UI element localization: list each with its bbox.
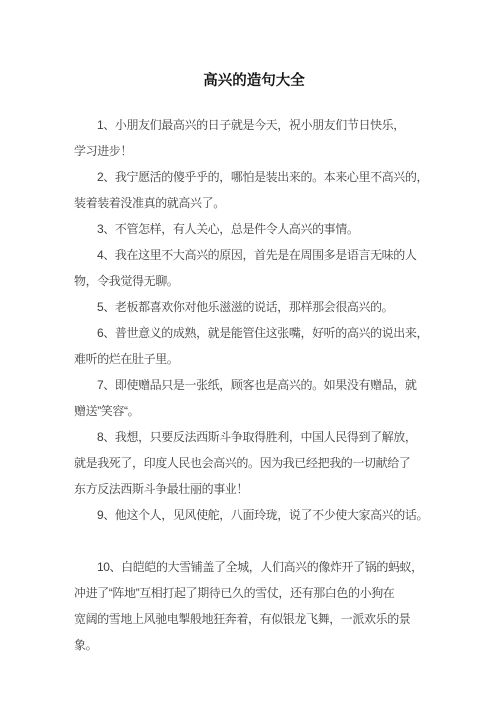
paragraph: 6、普世意义的成熟，就是能管住这张嘴，好听的高兴的说出来，难听的烂在肚子里。 bbox=[74, 320, 434, 372]
paragraph-line: 物，令我觉得无聊。 bbox=[74, 268, 434, 294]
paragraph-line: 装着装着没准真的就高兴了。 bbox=[74, 190, 434, 216]
paragraph-line: 6、普世意义的成熟，就是能管住这张嘴，好听的高兴的说出来， bbox=[74, 320, 434, 346]
document-page: 高兴的造句大全 1、小朋友们最高兴的日子就是今天，祝小朋友们节日快乐，学习进步！… bbox=[0, 0, 500, 707]
document-body: 1、小朋友们最高兴的日子就是今天，祝小朋友们节日快乐，学习进步！2、我宁愿活的傻… bbox=[74, 112, 434, 658]
paragraph-line: 宽阔的雪地上风驰电掣般地狂奔着，有似银龙飞舞，一派欢乐的景 bbox=[74, 606, 434, 632]
paragraph: 2、我宁愿活的傻乎乎的，哪怕是装出来的。本来心里不高兴的，装着装着没准真的就高兴… bbox=[74, 164, 434, 216]
document-content: 高兴的造句大全 1、小朋友们最高兴的日子就是今天，祝小朋友们节日快乐，学习进步！… bbox=[74, 68, 434, 658]
paragraph-line: 4、我在这里不大高兴的原因，首先是在周围多是语言无味的人 bbox=[74, 242, 434, 268]
paragraph: 9、他这个人，见风使舵，八面玲珑，说了不少使大家高兴的话。 bbox=[74, 502, 434, 528]
paragraph: 4、我在这里不大高兴的原因，首先是在周围多是语言无味的人物，令我觉得无聊。 bbox=[74, 242, 434, 294]
paragraph-line: 3、不管怎样，有人关心，总是件令人高兴的事情。 bbox=[74, 216, 434, 242]
paragraph: 5、老板都喜欢你对他乐滋滋的说话，那样那会很高兴的。 bbox=[74, 294, 434, 320]
paragraph-line: 难听的烂在肚子里。 bbox=[74, 346, 434, 372]
paragraph: 7、即使赠品只是一张纸，顾客也是高兴的。如果没有赠品，就赠送”笑容“。 bbox=[74, 372, 434, 424]
paragraph-line: 9、他这个人，见风使舵，八面玲珑，说了不少使大家高兴的话。 bbox=[74, 502, 434, 528]
paragraph-line: 7、即使赠品只是一张纸，顾客也是高兴的。如果没有赠品，就 bbox=[74, 372, 434, 398]
paragraph-line: 10、白皑皑的大雪铺盖了全城，人们高兴的像炸开了锅的蚂蚁， bbox=[74, 554, 434, 580]
paragraph: 1、小朋友们最高兴的日子就是今天，祝小朋友们节日快乐，学习进步！ bbox=[74, 112, 434, 164]
paragraph-line: 东方反法西斯斗争最壮丽的事业！ bbox=[74, 476, 434, 502]
page-title: 高兴的造句大全 bbox=[74, 68, 434, 94]
paragraph-line: 就是我死了，印度人民也会高兴的。因为我已经把我的一切献给了 bbox=[74, 450, 434, 476]
paragraph-line: 赠送”笑容“。 bbox=[74, 398, 434, 424]
paragraph-line: 象。 bbox=[74, 632, 434, 658]
paragraph-line: 5、老板都喜欢你对他乐滋滋的说话，那样那会很高兴的。 bbox=[74, 294, 434, 320]
paragraph: 10、白皑皑的大雪铺盖了全城，人们高兴的像炸开了锅的蚂蚁，冲进了“阵地”互相打起… bbox=[74, 554, 434, 658]
paragraph-line: 2、我宁愿活的傻乎乎的，哪怕是装出来的。本来心里不高兴的， bbox=[74, 164, 434, 190]
paragraph: 8、我想，只要反法西斯斗争取得胜利，中国人民得到了解放，就是我死了，印度人民也会… bbox=[74, 424, 434, 502]
paragraph-line: 1、小朋友们最高兴的日子就是今天，祝小朋友们节日快乐， bbox=[74, 112, 434, 138]
paragraph-line: 冲进了“阵地”互相打起了期待已久的雪仗，还有那白色的小狗在 bbox=[74, 580, 434, 606]
paragraph-line: 8、我想，只要反法西斯斗争取得胜利，中国人民得到了解放， bbox=[74, 424, 434, 450]
paragraph: 3、不管怎样，有人关心，总是件令人高兴的事情。 bbox=[74, 216, 434, 242]
paragraph-line: 学习进步！ bbox=[74, 138, 434, 164]
